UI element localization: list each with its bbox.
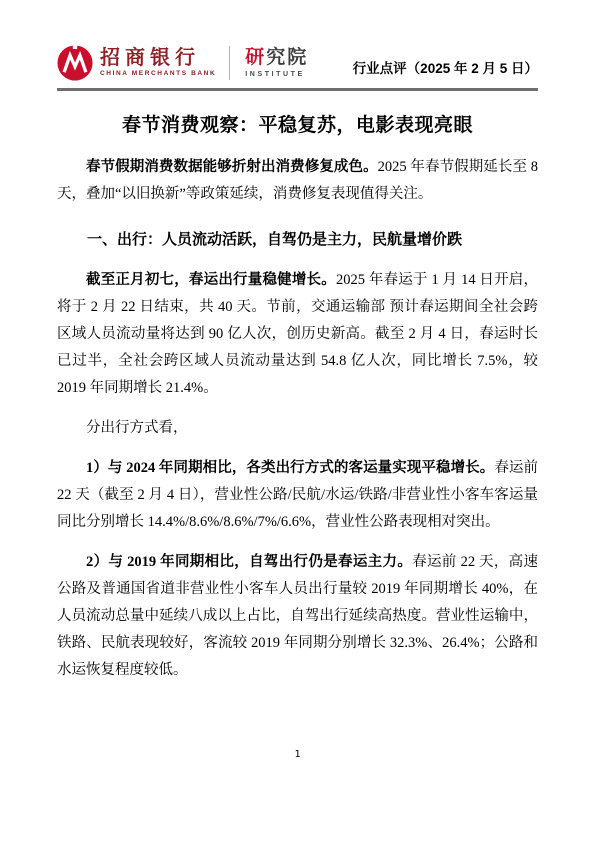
report-page: 招商银行 CHINA MERCHANTS BANK 研究院 INSTITUTE … [0, 0, 595, 842]
paragraph-springfestival-travel: 截至正月初七，春运出行量稳健增长。2025 年春运于 1 月 14 日开启，将于… [57, 267, 538, 402]
institute-block: 研究院 INSTITUTE [245, 48, 308, 78]
report-content: 春节消费观察：平稳复苏，电影表现亮眼 春节假期消费数据能够折射出消费修复成色。2… [0, 110, 595, 684]
institute-name-en: INSTITUTE [245, 71, 308, 78]
bank-name-block: 招商银行 CHINA MERCHANTS BANK [100, 48, 216, 78]
logo-divider [229, 46, 230, 80]
paragraph-vs-2019-rest: 春运前 22 天，高速公路及普通国省道非营业性小客车人员出行量较 2019 年同… [57, 554, 538, 678]
paragraph-intro: 春节假期消费数据能够折射出消费修复成色。2025 年春节假期延长至 8 天，叠加… [57, 154, 538, 208]
paragraph-vs-2019-lead: 2）与 2019 年同期相比，自驾出行仍是春运主力。 [86, 554, 412, 570]
doc-type-label: 行业点评（2025 年 2 月 5 日） [353, 57, 538, 77]
paragraph-intro-lead: 春节假期消费数据能够折射出消费修复成色。 [86, 159, 378, 175]
bank-name-en: CHINA MERCHANTS BANK [100, 71, 216, 78]
paragraph-springfestival-travel-rest: 2025 年春运于 1 月 14 日开启，将于 2 月 22 日结束，共 40 … [57, 272, 538, 396]
section-heading-travel: 一、出行：人员流动活跃，自驾仍是主力，民航量增价跌 [57, 226, 538, 253]
bank-name-cn: 招商银行 [100, 48, 216, 68]
paragraph-vs-2024-lead: 1）与 2024 年同期相比，各类出行方式的客运量实现平稳增长。 [86, 460, 494, 476]
paragraph-vs-2024: 1）与 2024 年同期相比，各类出行方式的客运量实现平稳增长。春运前 22 天… [57, 455, 538, 536]
paragraph-springfestival-travel-lead: 截至正月初七，春运出行量稳健增长。 [86, 272, 336, 288]
institute-name-cn: 研究院 [245, 48, 308, 67]
page-title: 春节消费观察：平稳复苏，电影表现亮眼 [57, 110, 538, 137]
header-rule [57, 88, 538, 91]
brand-lockup: 招商银行 CHINA MERCHANTS BANK 研究院 INSTITUTE [57, 45, 308, 81]
paragraph-vs-2019: 2）与 2019 年同期相比，自驾出行仍是春运主力。春运前 22 天，高速公路及… [57, 549, 538, 684]
page-header: 招商银行 CHINA MERCHANTS BANK 研究院 INSTITUTE … [0, 0, 595, 81]
paragraph-mode-intro: 分出行方式看， [57, 415, 538, 442]
page-number: 1 [0, 749, 595, 760]
cmb-logo-icon [57, 45, 93, 81]
